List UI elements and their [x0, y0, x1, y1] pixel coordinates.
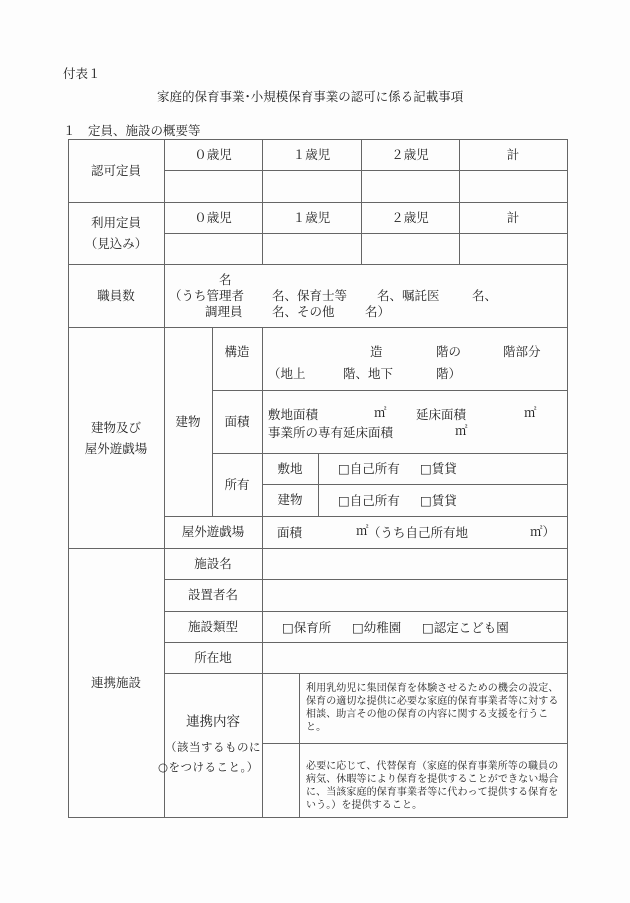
content-label: 連携内容 — [164, 713, 262, 731]
location-field[interactable] — [263, 643, 566, 672]
approved-capacity-label: 認可定員 — [68, 139, 164, 202]
approved-total-field[interactable] — [459, 170, 567, 202]
col-total: 計 — [459, 202, 567, 233]
staff-nursery-teacher-label: 名、保育士等 — [272, 288, 347, 303]
structure-floor-part-unit: 階部分 — [503, 344, 541, 359]
site-rent-checkbox[interactable]: □賃貸 — [420, 461, 457, 476]
content-note-line1: （該当するものに — [164, 739, 262, 755]
ownership-label: 所有 — [212, 453, 262, 516]
playground-label: 屋外遊戯場 — [164, 516, 262, 548]
site-area-unit: ㎡ — [374, 405, 387, 420]
building-section-label: 建物及び 屋外遊戯場 — [68, 327, 164, 548]
col-age0: ０歳児 — [164, 202, 262, 233]
appendix-label: 付表１ — [63, 66, 101, 81]
content-note-line2: ○をつけること。） — [158, 759, 262, 775]
col-age1: １歳児 — [262, 139, 361, 170]
structure-floors-unit: 階の — [436, 344, 461, 359]
exclusive-area-unit: ㎡ — [455, 423, 468, 438]
playground-own-land-unit: ㎡） — [530, 524, 555, 539]
col-age2: ２歳児 — [361, 202, 459, 233]
structure-type-unit: 造 — [370, 344, 383, 359]
building-label: 建物 — [164, 327, 212, 516]
playground-area-unit: ㎡ — [356, 523, 369, 538]
type-kindergarten-checkbox[interactable]: □幼稚園 — [352, 620, 401, 635]
staff-other-unit: 名） — [365, 304, 390, 319]
content-label-cell: 連携内容 （該当するものに ○をつけること。） — [164, 673, 262, 817]
playground-area-label: 面積 — [277, 525, 302, 540]
staff-doctor-label: 名、嘱託医 — [377, 288, 440, 303]
structure-below-ground-unit: 階） — [436, 366, 461, 381]
divider — [299, 673, 300, 817]
site-area-label: 敷地面積 — [268, 407, 318, 422]
col-age1: １歳児 — [262, 202, 361, 233]
staff-total-unit: 名 — [219, 272, 232, 287]
approved-age1-field[interactable] — [262, 170, 361, 202]
type-certified-center-checkbox[interactable]: □認定こども園 — [422, 620, 509, 635]
founder-name-field[interactable] — [263, 580, 566, 610]
approved-age0-field[interactable] — [164, 170, 262, 202]
floor-area-unit: ㎡ — [524, 405, 537, 420]
facility-name-label: 施設名 — [164, 548, 262, 579]
staff-label: 職員数 — [68, 264, 164, 327]
table-border-bottom — [68, 817, 568, 818]
building-section-label-line1: 建物及び — [91, 417, 141, 438]
divider — [318, 453, 319, 516]
founder-name-label: 設置者名 — [164, 579, 262, 611]
col-age2: ２歳児 — [361, 139, 459, 170]
planned-age0-field[interactable] — [164, 233, 262, 264]
staff-cook-label: 調理員 — [205, 304, 243, 319]
approved-age2-field[interactable] — [361, 170, 459, 202]
exclusive-area-label: 事業所の専有延床面積 — [268, 425, 393, 440]
planned-age1-field[interactable] — [262, 233, 361, 264]
staff-doctor-unit: 名、 — [472, 288, 497, 303]
location-label: 所在地 — [164, 642, 262, 673]
table-border-right — [567, 139, 568, 817]
building-section-label-line2: 屋外遊戯場 — [85, 438, 148, 459]
content1-text: 利用乳幼児に集団保育を体験させるための機会の設定、保育の適切な提供に必要な家庭的… — [306, 682, 563, 734]
staff-manager-label: （うち管理者 — [169, 288, 244, 303]
staff-other-label: 名、その他 — [272, 304, 335, 319]
planned-total-field[interactable] — [459, 233, 567, 264]
structure-above-ground-label: （地上 — [268, 366, 306, 381]
facility-name-field[interactable] — [263, 549, 566, 578]
col-total: 計 — [459, 139, 567, 170]
type-nursery-checkbox[interactable]: □保育所 — [282, 620, 331, 635]
col-age0: ０歳児 — [164, 139, 262, 170]
ownership-site-label: 敷地 — [262, 453, 318, 484]
content2-mark-field[interactable] — [263, 744, 298, 816]
building-own-checkbox[interactable]: □自己所有 — [338, 493, 400, 508]
planned-capacity-label: 利用定員 （見込み） — [68, 202, 164, 264]
divider — [262, 743, 567, 744]
content2-text: 必要に応じて、代替保育（家庭的保育事業所等の職員の病気、休暇等により保育を提供す… — [306, 760, 563, 812]
structure-label: 構造 — [212, 327, 262, 390]
structure-below-ground-label: 階、地下 — [343, 366, 393, 381]
planned-age2-field[interactable] — [361, 233, 459, 264]
floor-area-label: 延床面積 — [416, 407, 466, 422]
planned-capacity-label-line1: 利用定員 — [91, 212, 141, 233]
section-heading: １ 定員、施設の概要等 — [63, 123, 201, 138]
divider — [212, 390, 567, 391]
building-rent-checkbox[interactable]: □賃貸 — [420, 493, 457, 508]
area-label: 面積 — [212, 390, 262, 453]
ownership-building-label: 建物 — [262, 484, 318, 516]
content1-mark-field[interactable] — [263, 674, 298, 742]
facility-type-label: 施設類型 — [164, 611, 262, 642]
document-title: 家庭的保育事業･小規模保育事業の認可に係る記載事項 — [157, 89, 463, 104]
site-own-checkbox[interactable]: □自己所有 — [338, 461, 400, 476]
playground-own-land-label: （うち自己所有地 — [368, 525, 468, 540]
partner-section-label: 連携施設 — [68, 548, 164, 817]
planned-capacity-label-line2: （見込み） — [85, 233, 148, 254]
